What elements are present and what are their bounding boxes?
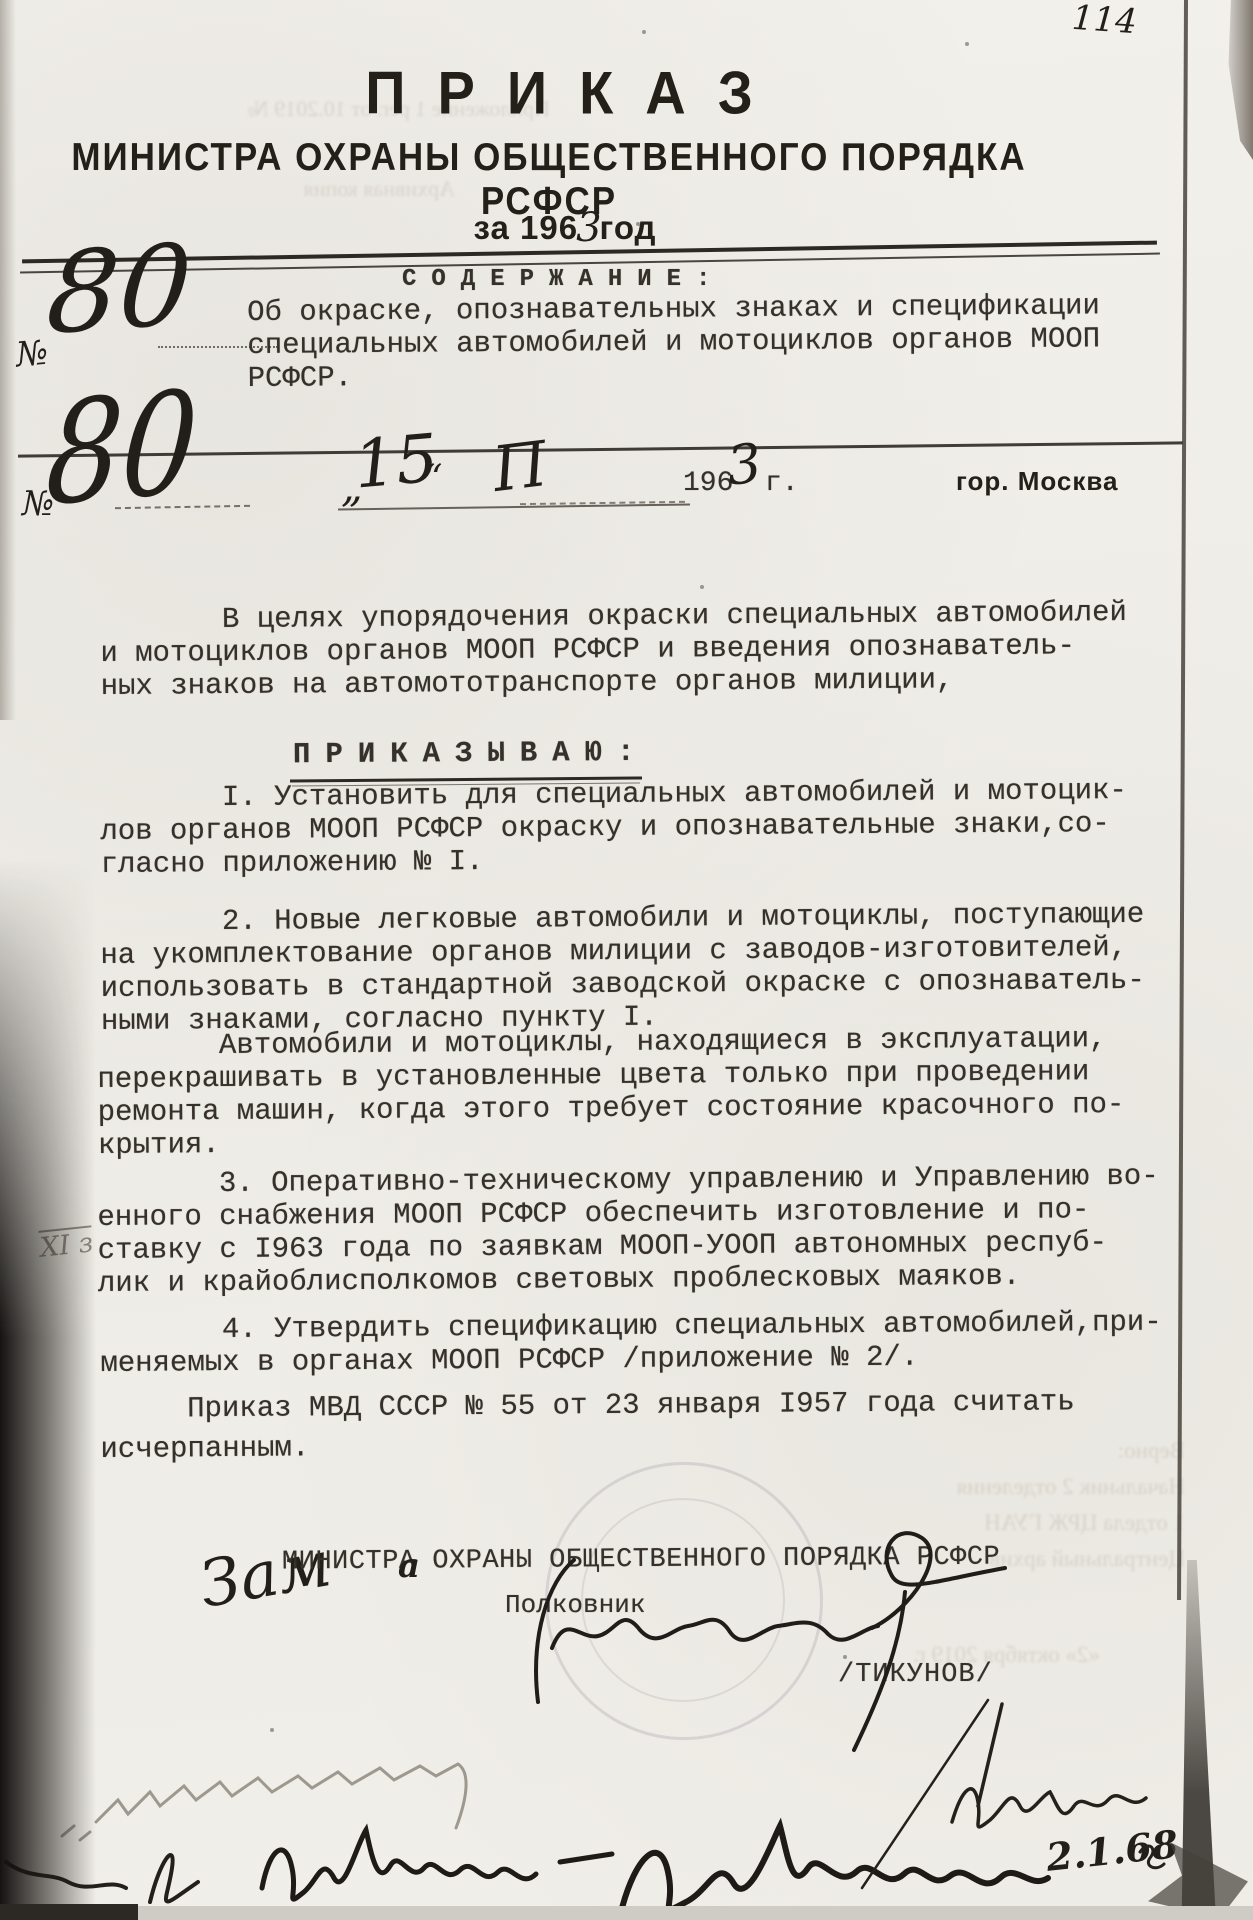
date-note-handwritten: 2.1.68 (1044, 1821, 1180, 1880)
scan-edge-left (0, 860, 96, 1920)
body-paragraph-4: 3. Оперативно-техническому управлению и … (97, 1159, 1228, 1300)
page-title: ПРИКАЗ (0, 57, 1150, 127)
pencil-scrawl (62, 1764, 466, 1840)
order-number-handwritten: 80 (44, 235, 195, 345)
scan-bottom-strip (0, 1906, 1253, 1920)
summary-text: Об окраске, опознавательных знаках и спе… (247, 287, 1253, 395)
large-signature (622, 1826, 1048, 1909)
body-paragraph-6: Приказ МВД СССР № 55 от 23 января I957 г… (100, 1381, 1231, 1470)
body-paragraph-2: 2. Новые легковые автомобили и мотоциклы… (100, 897, 1231, 1038)
dust-speck (636, 222, 640, 226)
dust-speck (965, 42, 969, 46)
dust-speck (843, 1655, 847, 1659)
date-underline (338, 504, 690, 511)
body-paragraph-5: 4. Утвердить спецификацию специальных ав… (100, 1305, 1230, 1380)
order-verb-heading: ПРИКАЗЫВАЮ: (293, 736, 650, 771)
signature-rank: Полковник (505, 1590, 645, 1620)
body-intro: В целях упорядочения окраски специальных… (100, 595, 1231, 703)
date-year-typed: 196 (683, 468, 733, 499)
middle-signature (262, 1830, 612, 1899)
year-suffix: год (600, 209, 657, 246)
corner-page-number: 114 (1071, 0, 1139, 42)
signature-inserted-letter: а (398, 1546, 420, 1586)
order-number-handwritten: 80 (43, 379, 202, 519)
city-label: гор. Москва (956, 466, 1118, 497)
body-paragraph-1: I. Установить для специальных автомобиле… (100, 773, 1231, 881)
body-paragraph-3: Автомобили и мотоциклы, находящиеся в эк… (97, 1021, 1228, 1162)
dust-speck (270, 1728, 274, 1732)
date-close-quote: “ (424, 458, 442, 499)
scan-edge-right-top (1219, 0, 1253, 160)
summary-heading: СОДЕРЖАНИЕ: (402, 266, 725, 293)
bleedthrough-line: Начальник 2 отделения (885, 1474, 1185, 1500)
year-handwritten-digit: 3 (576, 205, 601, 251)
scan-bottom-strip-dark (0, 1904, 138, 1920)
date-month-handwritten: П (490, 435, 551, 499)
dust-speck (700, 585, 704, 589)
date-year-handwritten-digit: 3 (724, 438, 763, 491)
signature-name: /ТИКУНОВ/ (838, 1660, 993, 1690)
dust-speck (642, 30, 646, 34)
bleedthrough-line: 1 отдела ЦРЖ ГУАН (895, 1510, 1185, 1536)
date-year-suffix: г. (765, 468, 799, 499)
scanned-order-page: Приложение 1 рег. от 10.2019 № Архивная … (0, 0, 1253, 1920)
signature-title-line: МИНИСТРА ОХРАНЫ ОБЩЕСТВЕННОГО ПОРЯДКА РС… (282, 1542, 1000, 1577)
year-prefix: за 196 (474, 209, 579, 246)
scan-edge-left-top (0, 0, 16, 720)
